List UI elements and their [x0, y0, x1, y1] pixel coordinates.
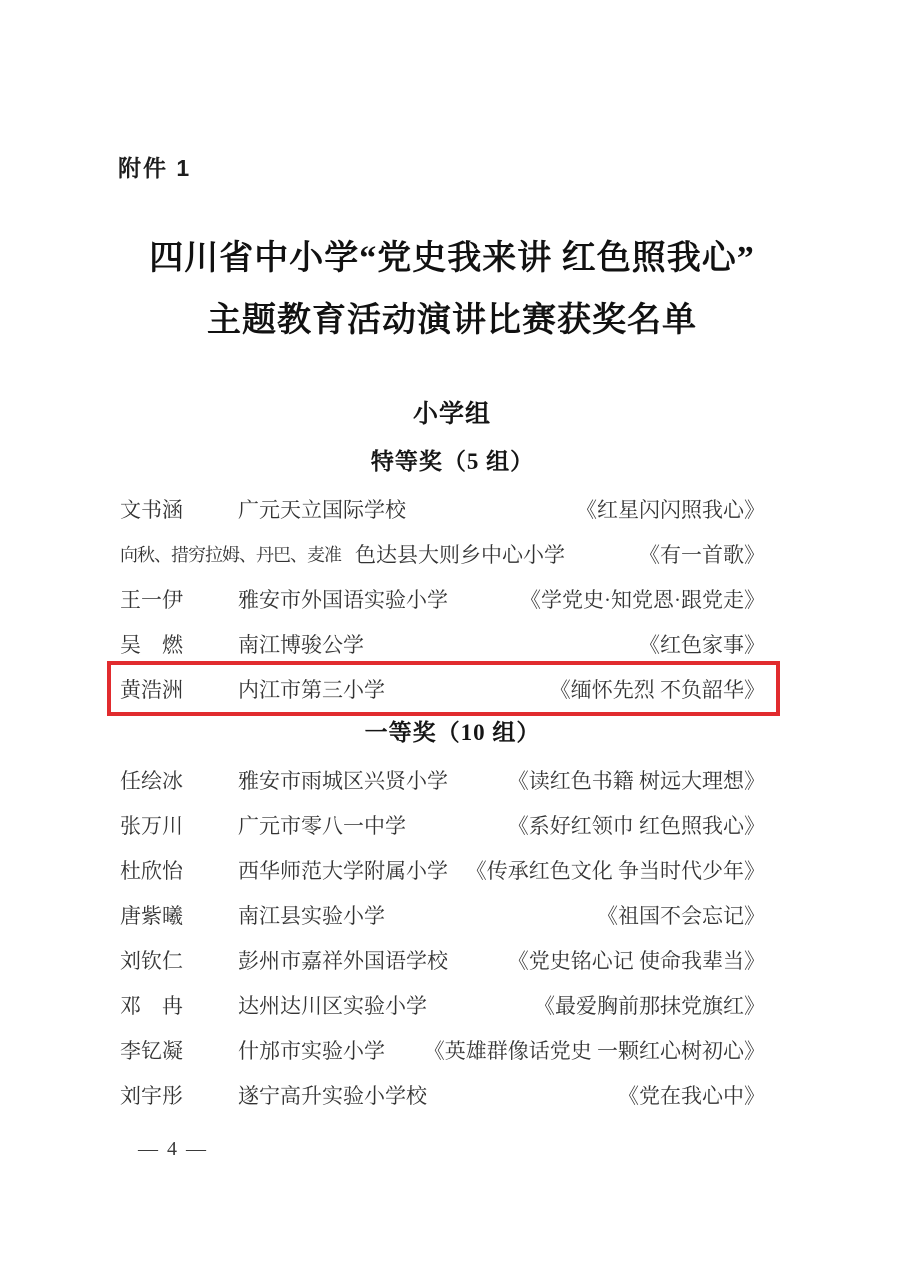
speech-title: 《党史铭心记 使命我辈当》	[508, 945, 765, 975]
award-row: 吴 燃 南江博骏公学 《红色家事》	[120, 621, 765, 666]
award-row: 邓 冉 达州达川区实验小学 《最爱胸前那抹党旗红》	[120, 982, 765, 1027]
group-heading: 小学组	[0, 394, 904, 430]
winner-name: 任绘冰	[120, 765, 238, 795]
award-row: 张万川 广元市零八一中学 《系好红领巾 红色照我心》	[120, 802, 765, 847]
speech-title: 《红星闪闪照我心》	[576, 494, 765, 524]
award-rows: 文书涵 广元天立国际学校 《红星闪闪照我心》 向秋、措穷拉姆、丹巴、麦准 色达县…	[120, 486, 765, 716]
winner-name: 文书涵	[120, 494, 238, 524]
school-name: 达州达川区实验小学	[238, 990, 427, 1020]
speech-title: 《缅怀先烈 不负韶华》	[550, 674, 765, 704]
award-row: 任绘冰 雅安市雨城区兴贤小学 《读红色书籍 树远大理想》	[120, 757, 765, 802]
winner-name: 王一伊	[120, 584, 238, 614]
speech-title: 《党在我心中》	[618, 1080, 765, 1110]
school-name: 雅安市外国语实验小学	[238, 584, 448, 614]
document-title: 四川省中小学“党史我来讲 红色照我心” 主题教育活动演讲比赛获奖名单	[0, 228, 904, 352]
school-name: 内江市第三小学	[238, 674, 385, 704]
speech-title: 《英雄群像话党史 一颗红心树初心》	[424, 1035, 765, 1065]
award-row: 文书涵 广元天立国际学校 《红星闪闪照我心》	[120, 486, 765, 531]
document-title-line2: 主题教育活动演讲比赛获奖名单	[0, 290, 904, 352]
school-name: 南江县实验小学	[238, 900, 385, 930]
award-row-highlighted: 黄浩洲 内江市第三小学 《缅怀先烈 不负韶华》	[107, 661, 780, 716]
school-name: 广元天立国际学校	[238, 494, 406, 524]
winner-name: 刘钦仁	[120, 945, 238, 975]
document-title-line1: 四川省中小学“党史我来讲 红色照我心”	[0, 228, 904, 290]
award-row: 杜欣怡 西华师范大学附属小学 《传承红色文化 争当时代少年》	[120, 847, 765, 892]
school-name: 什邡市实验小学	[238, 1035, 385, 1065]
school-name: 色达县大则乡中心小学	[355, 539, 565, 569]
award-rows: 任绘冰 雅安市雨城区兴贤小学 《读红色书籍 树远大理想》 张万川 广元市零八一中…	[120, 757, 765, 1117]
winner-name: 刘宇彤	[120, 1080, 238, 1110]
winner-name: 李钇凝	[120, 1035, 238, 1065]
winner-name: 杜欣怡	[120, 855, 238, 885]
school-name: 彭州市嘉祥外国语学校	[238, 945, 448, 975]
award-row: 刘钦仁 彭州市嘉祥外国语学校 《党史铭心记 使命我辈当》	[120, 937, 765, 982]
section-heading: 特等奖（5 组）	[130, 440, 775, 484]
attachment-label: 附件 1	[118, 150, 191, 183]
school-name: 南江博骏公学	[238, 629, 364, 659]
section-heading: 一等奖（10 组）	[130, 711, 775, 755]
winner-name: 张万川	[120, 810, 238, 840]
award-row: 王一伊 雅安市外国语实验小学 《学党史·知党恩·跟党走》	[120, 576, 765, 621]
award-section: 一等奖（10 组） 任绘冰 雅安市雨城区兴贤小学 《读红色书籍 树远大理想》 张…	[120, 711, 765, 1117]
winner-name: 向秋、措穷拉姆、丹巴、麦准	[120, 541, 355, 567]
speech-title: 《最爱胸前那抹党旗红》	[534, 990, 765, 1020]
winner-name: 邓 冉	[120, 990, 238, 1020]
speech-title: 《读红色书籍 树远大理想》	[508, 765, 765, 795]
winner-name: 黄浩洲	[120, 674, 238, 704]
winner-name: 吴 燃	[120, 629, 238, 659]
award-sections: 特等奖（5 组） 文书涵 广元天立国际学校 《红星闪闪照我心》 向秋、措穷拉姆、…	[120, 440, 765, 1117]
award-section: 特等奖（5 组） 文书涵 广元天立国际学校 《红星闪闪照我心》 向秋、措穷拉姆、…	[120, 440, 765, 716]
speech-title: 《系好红领巾 红色照我心》	[508, 810, 765, 840]
school-name: 广元市零八一中学	[238, 810, 406, 840]
school-name: 雅安市雨城区兴贤小学	[238, 765, 448, 795]
speech-title: 《红色家事》	[639, 629, 765, 659]
winner-name: 唐紫曦	[120, 900, 238, 930]
speech-title: 《传承红色文化 争当时代少年》	[466, 855, 765, 885]
award-row: 李钇凝 什邡市实验小学 《英雄群像话党史 一颗红心树初心》	[120, 1027, 765, 1072]
speech-title: 《有一首歌》	[639, 539, 765, 569]
document-page: 附件 1 四川省中小学“党史我来讲 红色照我心” 主题教育活动演讲比赛获奖名单 …	[0, 0, 904, 1280]
school-name: 西华师范大学附属小学	[238, 855, 448, 885]
award-row: 唐紫曦 南江县实验小学 《祖国不会忘记》	[120, 892, 765, 937]
speech-title: 《祖国不会忘记》	[597, 900, 765, 930]
award-row: 向秋、措穷拉姆、丹巴、麦准 色达县大则乡中心小学 《有一首歌》	[120, 531, 765, 576]
page-number: — 4 —	[138, 1138, 208, 1161]
speech-title: 《学党史·知党恩·跟党走》	[520, 584, 765, 614]
school-name: 遂宁高升实验小学校	[238, 1080, 427, 1110]
award-row: 刘宇彤 遂宁高升实验小学校 《党在我心中》	[120, 1072, 765, 1117]
